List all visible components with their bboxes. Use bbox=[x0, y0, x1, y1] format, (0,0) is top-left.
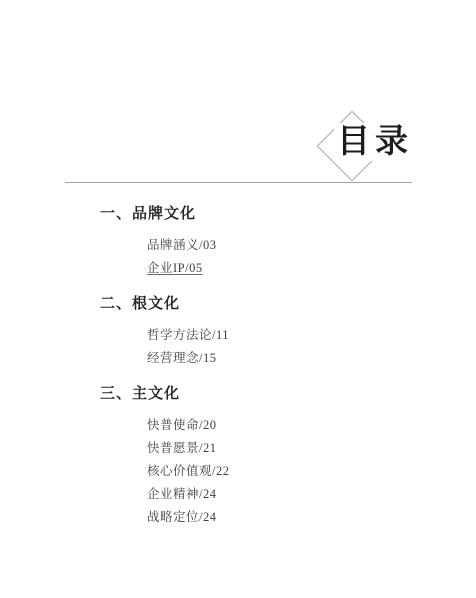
toc-item[interactable]: 快普愿景/21 bbox=[147, 437, 420, 460]
toc-item[interactable]: 哲学方法论/11 bbox=[147, 324, 420, 347]
toc-item[interactable]: 品牌涵义/03 bbox=[147, 234, 420, 257]
toc-item[interactable]: 战略定位/24 bbox=[147, 506, 420, 529]
toc-heading: 二、根文化 bbox=[100, 296, 420, 312]
header-divider bbox=[65, 182, 412, 183]
toc-item-link[interactable]: 企业IP/05 bbox=[147, 257, 420, 280]
toc-section-root-culture: 二、根文化 哲学方法论/11 经营理念/15 bbox=[100, 296, 420, 370]
toc-item-list: 哲学方法论/11 经营理念/15 bbox=[147, 324, 420, 370]
toc-section-brand-culture: 一、品牌文化 品牌涵义/03 企业IP/05 bbox=[100, 206, 420, 280]
toc-page: 目录 一、品牌文化 品牌涵义/03 企业IP/05 二、根文化 哲学方法论/11… bbox=[0, 0, 476, 598]
toc-heading: 一、品牌文化 bbox=[100, 206, 420, 222]
toc-item-list: 快普使命/20 快普愿景/21 核心价值观/22 企业精神/24 战略定位/24 bbox=[147, 414, 420, 529]
toc-item[interactable]: 企业精神/24 bbox=[147, 483, 420, 506]
page-title: 目录 bbox=[334, 123, 416, 161]
toc-item-list: 品牌涵义/03 企业IP/05 bbox=[147, 234, 420, 280]
toc-item[interactable]: 核心价值观/22 bbox=[147, 460, 420, 483]
toc-section-main-culture: 三、主文化 快普使命/20 快普愿景/21 核心价值观/22 企业精神/24 战… bbox=[100, 386, 420, 529]
toc-heading: 三、主文化 bbox=[100, 386, 420, 402]
toc-item[interactable]: 经营理念/15 bbox=[147, 347, 420, 370]
toc-item[interactable]: 快普使命/20 bbox=[147, 414, 420, 437]
